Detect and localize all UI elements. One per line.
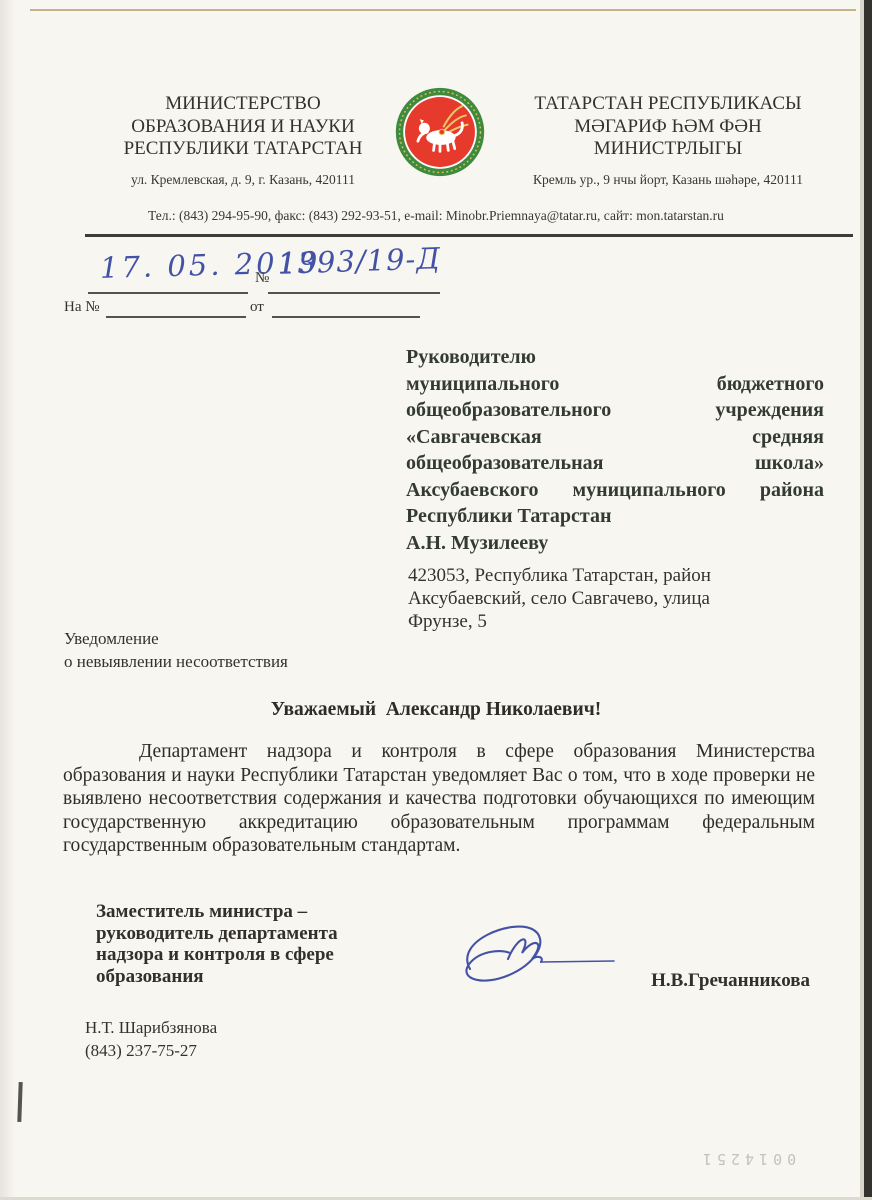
recipient-block: Руководителю муниципального бюджетного о… (406, 344, 824, 556)
recipient-line: Аксубаевского муниципального района (406, 477, 824, 504)
salutation: Уважаемый Александр Николаевич! (90, 699, 782, 721)
recipient-line: общеобразовательная школа» (406, 450, 824, 477)
reply-number-label: На № (64, 299, 100, 316)
executor-phone: (843) 237-75-27 (85, 1039, 217, 1062)
letter-body-paragraph: Департамент надзора и контроля в сфере о… (63, 740, 815, 858)
org-tt-line: ТАТАРСТАН РЕСПУБЛИКАСЫ (496, 93, 840, 116)
scan-right-dark-strip (864, 0, 872, 1200)
reply-from-underline (272, 316, 420, 318)
recipient-line: А.Н. Музилееву (406, 530, 824, 557)
scan-left-shadow (0, 0, 16, 1200)
subject-line: о невыявлении несоответствия (64, 650, 288, 673)
recipient-line: Руководителю (406, 344, 824, 371)
scan-mark (17, 1082, 22, 1122)
executor-block: Н.Т. Шарибзянова (843) 237-75-27 (85, 1016, 217, 1062)
recipient-address-block: 423053, Республика Татарстан, район Аксу… (408, 564, 828, 633)
executor-name: Н.Т. Шарибзянова (85, 1016, 217, 1039)
signer-position-line: руководитель департамента (96, 923, 406, 945)
letterhead-divider (85, 234, 853, 237)
recipient-address-line: Аксубаевский, село Савгачево, улица (408, 587, 828, 610)
signer-position-line: надзора и контроля в сфере (96, 944, 406, 966)
number-underline (268, 292, 440, 294)
reply-from-label: от (250, 299, 264, 316)
recipient-line: общеобразовательного учреждения (406, 397, 824, 424)
org-tt-line: МИНИСТРЛЫГЫ (496, 138, 840, 161)
org-tt-line: МӘГАРИФ ҺӘМ ФӘН (496, 116, 840, 139)
scan-top-line (30, 9, 856, 11)
subject-line: Уведомление (64, 627, 288, 650)
ministry-name-russian: МИНИСТЕРСТВО ОБРАЗОВАНИЯ И НАУКИ РЕСПУБЛ… (82, 93, 404, 188)
signer-position-line: Заместитель министра – (96, 901, 406, 923)
handwritten-signature (438, 915, 648, 995)
ministry-name-tatar: ТАТАРСТАН РЕСПУБЛИКАСЫ МӘГАРИФ ҺӘМ ФӘН М… (496, 93, 840, 188)
signer-position-line: образования (96, 966, 406, 988)
recipient-address-line: Фрунзе, 5 (408, 610, 828, 633)
org-ru-line: МИНИСТЕРСТВО (82, 93, 404, 116)
document-subject: Уведомление о невыявлении несоответствия (64, 627, 288, 673)
number-sign-label: № (255, 270, 269, 287)
org-ru-line: ОБРАЗОВАНИЯ И НАУКИ (82, 116, 404, 139)
recipient-address-line: 423053, Республика Татарстан, район (408, 564, 828, 587)
date-underline (88, 292, 248, 294)
reply-number-underline (106, 316, 246, 318)
scanned-letter-page: 0014251 МИНИСТЕРСТВО ОБРАЗОВАНИЯ И НАУКИ… (0, 0, 872, 1200)
handwritten-outgoing-number: 1393/19-Д (277, 241, 441, 281)
recipient-line: Республики Татарстан (406, 503, 824, 530)
signer-name: Н.В.Гречанникова (620, 970, 810, 992)
contact-line: Тел.: (843) 294-95-90, факс: (843) 292-9… (60, 208, 812, 224)
recipient-line: «Савгачевская средняя (406, 424, 824, 451)
org-ru-line: РЕСПУБЛИКИ ТАТАРСТАН (82, 138, 404, 161)
ministry-address-russian: ул. Кремлевская, д. 9, г. Казань, 420111 (82, 172, 404, 188)
form-stamp-number: 0014251 (692, 1150, 802, 1168)
recipient-line: муниципального бюджетного (406, 371, 824, 398)
signer-position-block: Заместитель министра – руководитель депа… (96, 901, 406, 987)
tatarstan-coat-of-arms-icon (394, 86, 486, 178)
ministry-address-tatar: Кремль ур., 9 нчы йорт, Казань шәһәре, 4… (496, 172, 840, 188)
